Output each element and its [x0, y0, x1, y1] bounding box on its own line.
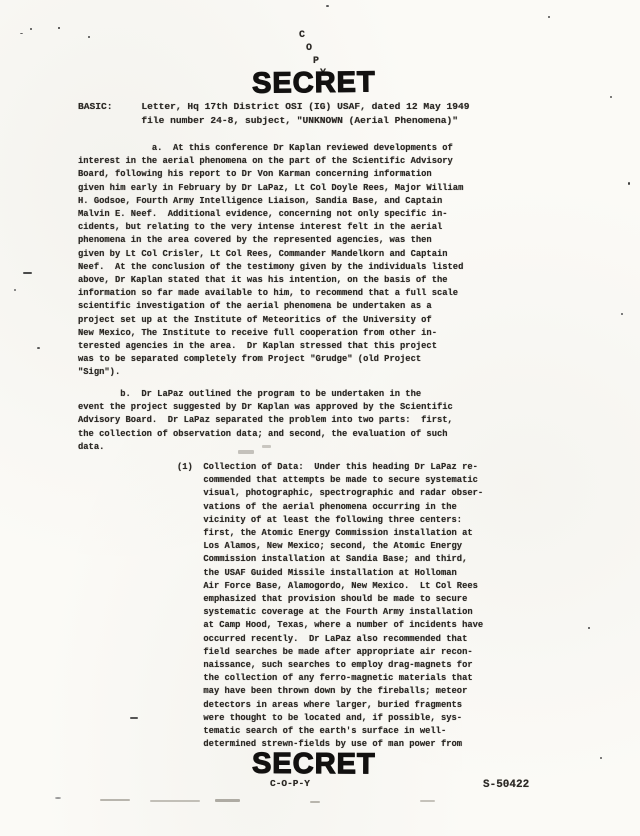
scan-speck: [14, 289, 16, 291]
scan-speck: [610, 96, 612, 98]
item-1-collection-of-data: (1) Collection of Data: Under this headi…: [177, 461, 483, 751]
document-page: C O P Y SECRET BASIC: Letter, Hq 17th Di…: [0, 0, 640, 836]
scan-speck: [130, 717, 138, 719]
basic-reference-line: BASIC: Letter, Hq 17th District OSI (IG)…: [78, 100, 470, 127]
scan-speck: [628, 182, 630, 185]
scan-speck: [600, 757, 602, 759]
scan-smudge: [238, 450, 254, 454]
paragraph-a: a. At this conference Dr Kaplan reviewed…: [78, 142, 463, 380]
scan-smudge: [310, 801, 320, 803]
scan-speck: [58, 27, 60, 29]
scan-smudge: [100, 799, 130, 801]
scan-smudge: [420, 800, 435, 802]
scan-smudge: [215, 799, 240, 802]
scan-speck: [55, 797, 61, 799]
copy-letter-c: C: [299, 30, 305, 41]
scan-speck: [23, 272, 32, 274]
copy-letter-p: P: [313, 56, 319, 67]
scan-speck: [326, 5, 329, 7]
scan-speck: [588, 627, 590, 629]
scan-speck: [37, 347, 40, 349]
secret-stamp-bottom: SECRET: [252, 752, 376, 777]
copy-marking-bottom: C-O-P-Y: [270, 778, 310, 789]
scan-speck: [88, 36, 90, 38]
scan-speck: [548, 16, 550, 18]
scan-speck: [621, 313, 623, 315]
scan-smudge: [150, 800, 200, 802]
scan-speck: [20, 33, 23, 34]
copy-letter-o: O: [306, 43, 312, 54]
secret-stamp-top: SECRET: [252, 70, 376, 95]
scan-smudge: [262, 445, 271, 448]
scan-speck: [30, 28, 32, 30]
document-number: S-50422: [483, 779, 529, 791]
